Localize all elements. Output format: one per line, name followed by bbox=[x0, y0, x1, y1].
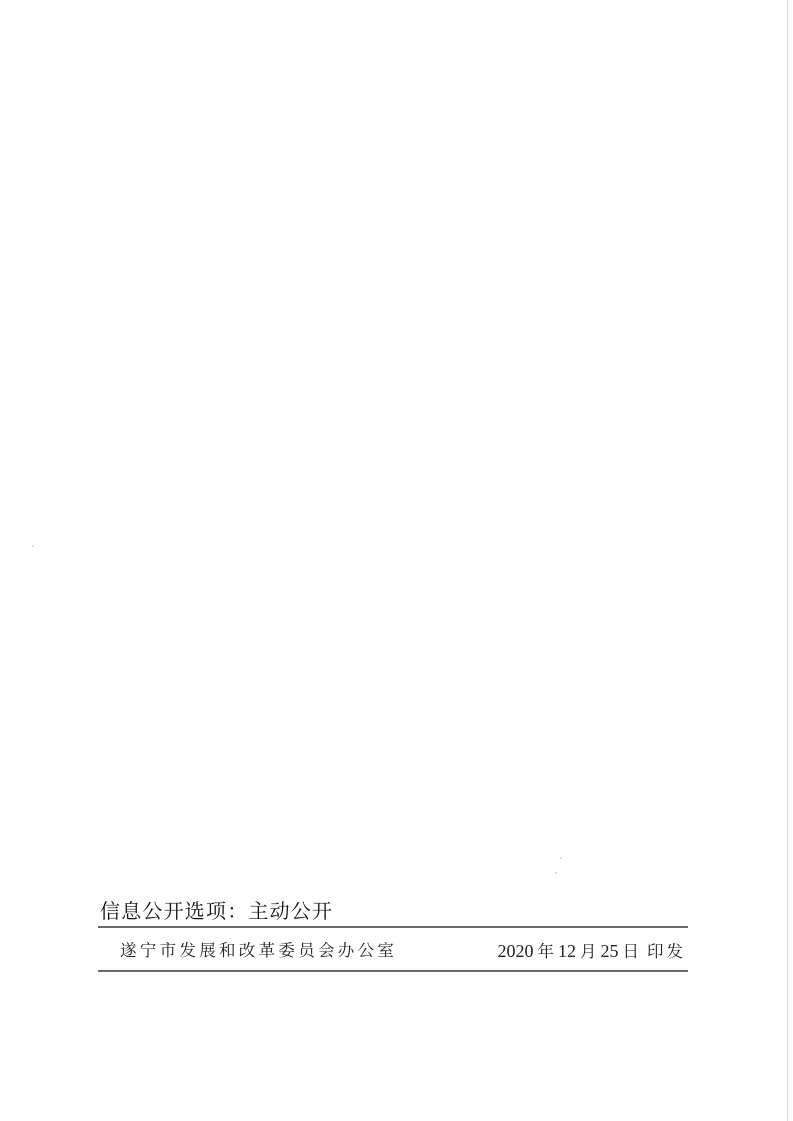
day-unit: 日 bbox=[623, 942, 640, 961]
scan-speck bbox=[560, 857, 562, 859]
document-page: 信息公开选项：主动公开 遂宁市发展和改革委员会办公室 2020年12月25日印发 bbox=[0, 0, 793, 1121]
scan-edge-line bbox=[787, 0, 788, 1121]
issue-date: 2020年12月25日印发 bbox=[498, 940, 687, 963]
footer-top-rule bbox=[98, 926, 688, 928]
scan-speck bbox=[32, 545, 34, 547]
year-unit: 年 bbox=[538, 942, 555, 961]
footer-bottom-rule bbox=[98, 970, 688, 972]
issue-suffix: 印发 bbox=[647, 942, 686, 961]
month-unit: 月 bbox=[580, 942, 597, 961]
disclosure-option-label: 信息公开选项：主动公开 bbox=[100, 899, 333, 923]
issue-month: 12 bbox=[558, 941, 576, 961]
scan-speck bbox=[555, 872, 557, 874]
issuing-office: 遂宁市发展和改革委员会办公室 bbox=[120, 940, 397, 962]
issue-year: 2020 bbox=[498, 941, 534, 961]
issue-day: 25 bbox=[601, 941, 619, 961]
